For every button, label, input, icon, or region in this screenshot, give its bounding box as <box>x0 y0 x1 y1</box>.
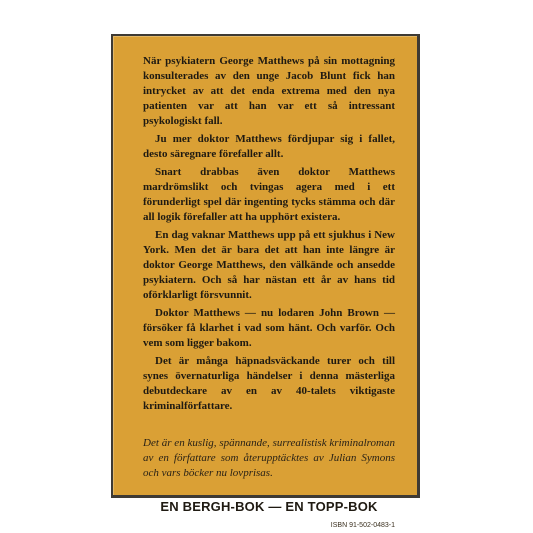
paragraph-4: En dag vaknar Matthews upp på ett sjukhu… <box>143 228 395 303</box>
paragraph-1: När psykiatern George Matthews på sin mo… <box>143 54 395 129</box>
paragraph-3: Snart drabbas även doktor Matthews mardr… <box>143 165 395 225</box>
cover-text: När psykiatern George Matthews på sin mo… <box>143 54 395 529</box>
paragraph-5: Doktor Matthews — nu lodaren John Brown … <box>143 306 395 351</box>
publisher-slogan: EN BERGH-BOK — EN TOPP-BOK <box>143 499 395 514</box>
book-back-cover: När psykiatern George Matthews på sin mo… <box>111 34 420 498</box>
isbn-number: ISBN 91-502-0483-1 <box>143 522 395 529</box>
paragraph-6: Det är många häpnadsväckande turer och t… <box>143 354 395 414</box>
paragraph-2: Ju mer doktor Matthews fördjupar sig i f… <box>143 132 395 162</box>
italic-blurb: Det är en kuslig, spännande, surrealisti… <box>143 436 395 481</box>
